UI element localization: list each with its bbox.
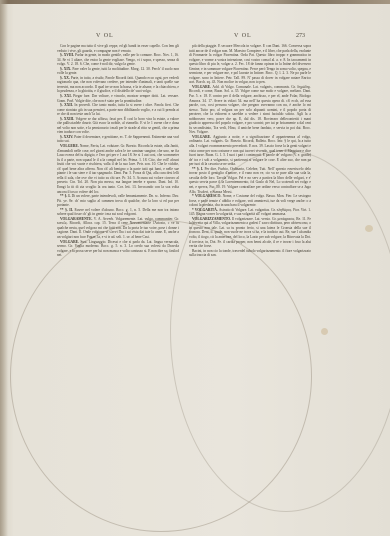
entry-text: Con le pagine ma tutto il vive gli reppe…: [57, 44, 179, 53]
dictionary-entry: * VOLGARESCO. Nome, e Costume del volgo.…: [189, 194, 311, 208]
dictionary-entry: §. XVIII. Parlar in gente, in modo genti…: [57, 53, 179, 67]
dictionary-entry: §. XXI. Piegar fare. Dar volture, e vinc…: [57, 94, 179, 103]
running-header-right: V OL: [234, 33, 252, 39]
watermark-circle: [10, 220, 312, 532]
dictionary-entry: Con le pagine ma tutto il vive gli reppe…: [57, 44, 179, 53]
entry-text: Aggiunto a notte, e a significazione d' …: [189, 135, 311, 166]
dictionary-entry: * VOLGARITÀ. Astratto di Volgare. Lat. v…: [189, 208, 311, 217]
paper-stain: [365, 225, 373, 232]
section-marker: §. XVIII.: [60, 53, 75, 57]
entry-text: Add. di Volgo. Comunale. Lat. vulgaris, …: [189, 85, 311, 134]
headword: VOLGARE.: [60, 240, 80, 244]
entry-text: Pater il decemtare, e genitione, ec. T. …: [57, 135, 179, 144]
entry-text: Per dire, Furbio, Ordinario, Celebre, Tu…: [189, 167, 311, 194]
dictionary-entry: ** §. I. Per dire, Furbio, Ordinario, Ce…: [189, 167, 311, 194]
dictionary-entry: Bacini, in non cio la tonde, traverdel t…: [189, 249, 311, 258]
dictionary-entry: §. XIX. Pare valer la gente, tutti la mo…: [57, 67, 179, 76]
entry-text: Il volgarizzare. Lat. versio. Gr. μετάφρ…: [189, 217, 311, 248]
dictionary-entry: ** §. II. Essere nel volere d'alcuno. Bo…: [57, 208, 179, 217]
paper-stain: [321, 328, 328, 335]
dictionary-entry: §. XXIV. Pater il decemtare, e genitione…: [57, 135, 179, 144]
dictionary-entry: più della piaggie. E secuore Mercola in …: [189, 44, 311, 85]
entry-text: Volgere se dar affisso, fassi per. È cos…: [57, 117, 179, 135]
headword: VOLGARIZZAMENTO.: [192, 217, 232, 221]
dictionary-entry: VOLGARE. Aggiunto a notte, e a significa…: [189, 135, 311, 167]
entry-text: In provedi. Che tanto modo, tutta la si …: [57, 103, 179, 116]
text-column-right: più della piaggie. E secuore Mercola in …: [189, 44, 311, 258]
section-marker: ** §. I.: [60, 194, 72, 198]
entry-text: più della piaggie. E secuore Mercola in …: [189, 44, 311, 84]
dictionary-entry: §. XX. Parte, in tutto, a risultr, Parol…: [57, 76, 179, 94]
page-top-edge: [0, 0, 390, 4]
headword: VOLGARE.: [192, 85, 212, 89]
entry-text: Piegar fare. Dar volture, e vincolo, mos…: [57, 94, 179, 103]
entry-text: Parte, in tutto, a risultr, Parole Ricor…: [57, 76, 179, 94]
headword: VOLGARAMENTE.: [60, 217, 94, 221]
dictionary-entry: §. XXII. In provedi. Che tanto modo, tut…: [57, 103, 179, 117]
scanned-page: V OL V OL 273 Con le pagine ma tutto il …: [0, 0, 390, 536]
dictionary-entry: VOLGARIZZAMENTO. Il volgarizzare. Lat. v…: [189, 217, 311, 249]
headword: VOLGARE.: [192, 135, 213, 139]
text-column-left: Con le pagine ma tutto il vive gli reppe…: [57, 44, 179, 258]
dictionary-entry: ** §. I. Di un volere, parte intendevoli…: [57, 194, 179, 208]
section-marker: ** §. II.: [60, 208, 74, 212]
section-marker: §. XIX.: [60, 67, 72, 71]
entry-text: Essere nel volere d'alcuno. Bocc. g. 1, …: [57, 208, 179, 217]
section-marker: §. XXIII.: [60, 117, 75, 121]
section-marker: §. XXIV.: [60, 135, 74, 139]
entry-text: Nome, Pavia, Lat. volutare. Gr. Boezio. …: [57, 144, 179, 193]
binding-shadow: [0, 0, 8, 536]
section-marker: ** §. I.: [192, 167, 204, 171]
entry-text: Pare valer la gente, tutti la moltitudin…: [57, 67, 179, 76]
headword: * VOLGARITÀ.: [192, 208, 219, 212]
entry-text: Parlar in gente, in modo gentile, valle …: [57, 53, 179, 66]
section-marker: §. XXI.: [60, 94, 73, 98]
section-marker: §. XXII.: [60, 103, 74, 107]
running-header-left: V OL: [96, 33, 114, 39]
dictionary-entry: §. XXIII. Volgere se dar affisso, fassi …: [57, 117, 179, 135]
dictionary-entry: VOLGARE. Sust. Linguaggio. Dicessi e che…: [57, 240, 179, 258]
entry-text: Di un volere, parte intendevoli, valle b…: [57, 194, 179, 207]
dictionary-entry: VOLGARAMENTE. V. A. Avverb. Volgaremente…: [57, 217, 179, 240]
page-number: 273: [296, 33, 305, 39]
entry-text: Bacini, in non cio la tonde, traverdel t…: [189, 249, 311, 258]
headword: * VOLGARESCO.: [192, 194, 223, 198]
dictionary-entry: VOLGARE. Add. di Volgo. Comunale. Lat. v…: [189, 85, 311, 135]
headword: VOLGERE.: [60, 144, 80, 148]
section-marker: §. XX.: [60, 76, 71, 80]
dictionary-entry: VOLGERE. Nome, Pavia, Lat. volutare. Gr.…: [57, 144, 179, 194]
